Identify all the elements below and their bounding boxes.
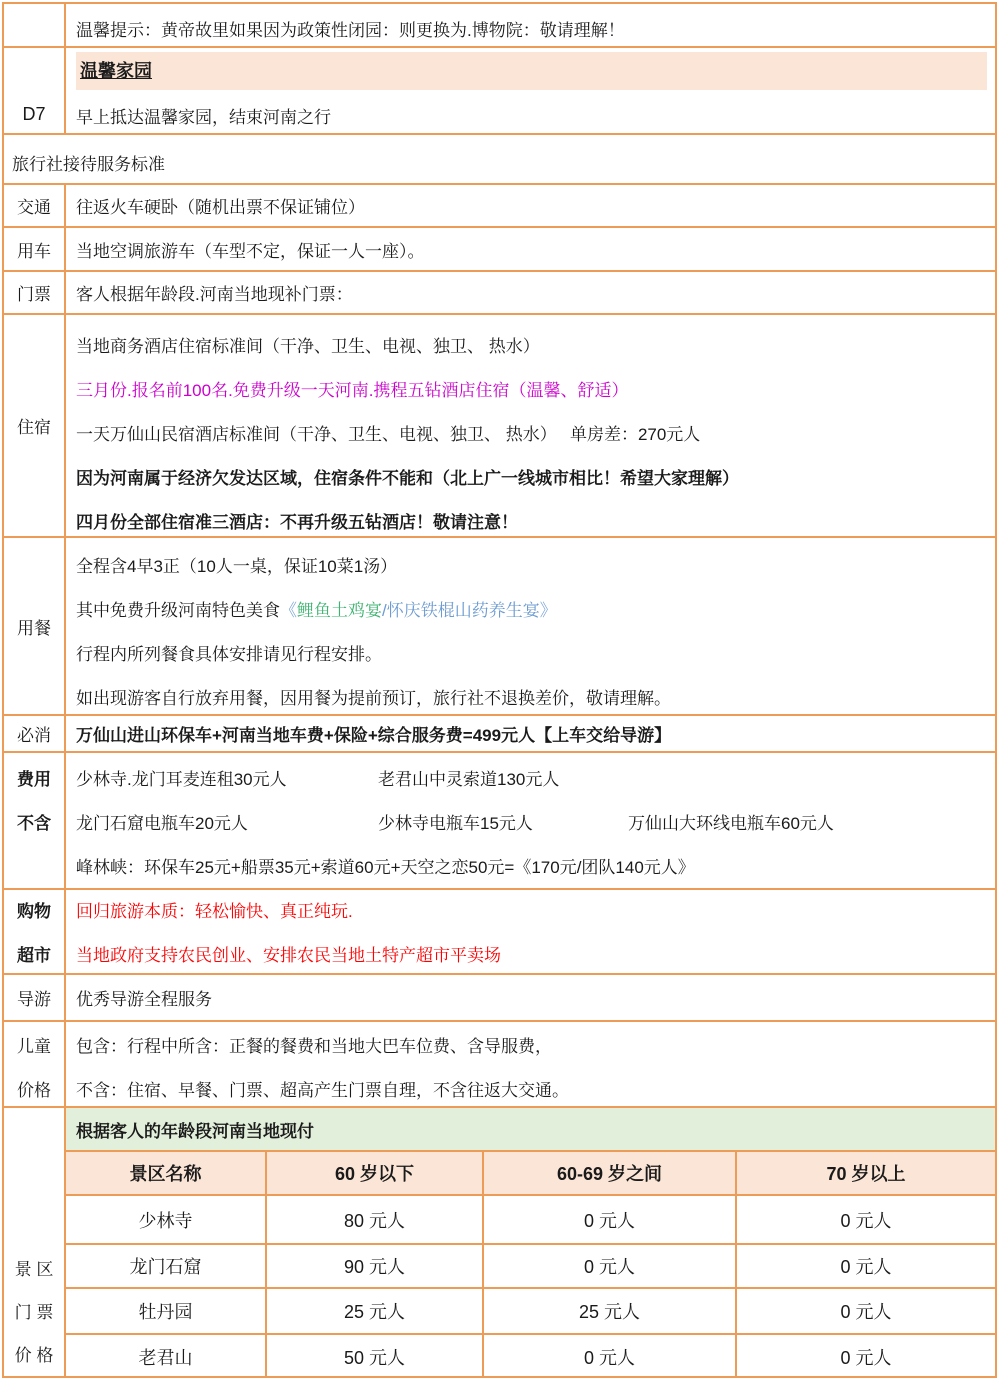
row-notice: 温馨提示：黄帝故里如果因为政策性闭园：则更换为.博物院：敬请理解！ [4,4,995,48]
day7-description: 早上抵达温馨家园，结束河南之行 [76,100,987,135]
header-60-69: 60-69 岁之间 [482,1152,735,1194]
row-tickets: 门票 客人根据年龄段.河南当地现补门票： [4,272,995,315]
meals-bracket-close: 》 [540,601,557,620]
day7-highlight-title: 温馨家园 [80,61,152,81]
label-day7: D7 [4,48,66,133]
cell-60to69: 0 元人 [482,1196,735,1243]
fees-line2a: 龙门石窟电瓶车20元人 [76,802,378,846]
label-scenic-line1: 景 区 [15,1248,54,1291]
fees-line2: 龙门石窟电瓶车20元人少林寺电瓶车15元人万仙山大环线电瓶车60元人 [76,802,987,846]
label-notice-empty [4,4,66,46]
cell-under60: 80 元人 [265,1196,482,1243]
table-row-shaolin: 少林寺 80 元人 0 元人 0 元人 [66,1196,995,1245]
label-fees-excluded: 费用 不含 [4,753,66,888]
meals-line3: 行程内所列餐食具体安排请见行程安排。 [76,633,987,677]
label-vehicle: 用车 [4,228,66,270]
notice-text: 温馨提示：黄帝故里如果因为政策性闭园：则更换为.博物院：敬请理解！ [76,16,987,41]
lodging-line3: 一天万仙山民宿酒店标准间（干净、卫生、电视、独卫、 热水） 单房差：270元人 [76,413,987,457]
row-mandatory: 必消 万仙山进山环保车+河南当地车费+保险+综合服务费=499元人【上车交给导游… [4,716,995,753]
table-row-laojun-mountain: 老君山 50 元人 0 元人 0 元人 [66,1335,995,1378]
row-vehicle: 用车 当地空调旅游车（车型不定，保证一人一座）。 [4,228,995,272]
row-lodging: 住宿 当地商务酒店住宿标准间（干净、卫生、电视、独卫、 热水） 三月份.报名前1… [4,315,995,538]
fees-line1: 少林寺.龙门耳麦连租30元人老君山中灵索道130元人 [76,758,987,802]
guide-text: 优秀导游全程服务 [76,985,987,1010]
label-scenic-tickets: 景 区 门 票 价 格 [4,1108,66,1378]
row-transport: 交通 往返火车硬卧（随机出票不保证铺位） [4,185,995,228]
lodging-line4-note: 因为河南属于经济欠发达区域，住宿条件不能和（北上广一线城市相比！希望大家理解） [76,457,987,501]
cell-name: 牡丹园 [66,1289,265,1333]
label-shopping-line2: 超市 [17,934,51,975]
scenic-pay-onsite-band: 根据客人的年龄段河南当地现付 [66,1108,995,1152]
cell-over70: 0 元人 [735,1335,995,1378]
tickets-text: 客人根据年龄段.河南当地现补门票： [76,280,987,305]
fees-line2c: 万仙山大环线电瓶车60元人 [628,802,834,846]
label-mandatory: 必消 [4,716,66,751]
label-lodging: 住宿 [4,315,66,536]
label-child-line2: 价格 [17,1069,51,1108]
meals-line1: 全程含4早3正（10人一桌，保证10菜1汤） [76,545,987,589]
fees-line2b: 少林寺电瓶车15元人 [378,802,628,846]
price-table-header: 景区名称 60 岁以下 60-69 岁之间 70 岁以上 [66,1152,995,1196]
vehicle-text: 当地空调旅游车（车型不定，保证一人一座）。 [76,237,987,262]
fees-line1b: 老君山中灵索道130元人 [378,758,559,802]
transport-text: 往返火车硬卧（随机出票不保证铺位） [76,193,987,218]
row-guide: 导游 优秀导游全程服务 [4,975,995,1022]
mandatory-text: 万仙山进山环保车+河南当地车费+保险+综合服务费=499元人【上车交给导游】 [76,721,987,746]
header-under-60: 60 岁以下 [265,1152,482,1194]
row-meals: 用餐 全程含4早3正（10人一桌，保证10菜1汤） 其中免费升级河南特色美食《鲤… [4,538,995,716]
cell-over70: 0 元人 [735,1245,995,1287]
day7-highlight-band: 温馨家园 [76,52,987,90]
cell-under60: 90 元人 [265,1245,482,1287]
label-fees-line2: 不含 [17,802,51,846]
cell-60to69: 0 元人 [482,1245,735,1287]
label-shopping-line1: 购物 [17,890,51,934]
child-price-line1: 包含：行程中所含：正餐的餐费和当地大巴车位费、含导服费， [76,1025,987,1069]
row-shopping: 购物 超市 回归旅游本质：轻松愉快、真正纯玩. 当地政府支持农民创业、安排农民当… [4,890,995,975]
service-standard-title: 旅行社接待服务标准 [12,150,987,175]
meals-bracket-open: 《 [280,601,297,620]
table-row-peony-garden: 牡丹园 25 元人 25 元人 0 元人 [66,1289,995,1335]
table-row-longmen: 龙门石窟 90 元人 0 元人 0 元人 [66,1245,995,1289]
lodging-line5-note: 四月份全部住宿准三酒店：不再升级五钻酒店！敬请注意！ [76,501,987,538]
label-scenic-line2: 门 票 [15,1291,54,1334]
row-fees-excluded: 费用 不含 少林寺.龙门耳麦连租30元人老君山中灵索道130元人 龙门石窟电瓶车… [4,753,995,890]
fees-line3: 峰林峡：环保车25元+船票35元+索道60元+天空之恋50元=《170元/团队1… [76,846,987,890]
label-guide: 导游 [4,975,66,1020]
fees-line1a: 少林寺.龙门耳麦连租30元人 [76,758,378,802]
lodging-line1: 当地商务酒店住宿标准间（干净、卫生、电视、独卫、 热水） [76,325,987,369]
label-scenic-line3: 价 格 [15,1334,54,1377]
row-scenic-tickets: 景 区 门 票 价 格 根据客人的年龄段河南当地现付 景区名称 60 岁以下 6… [4,1108,995,1378]
label-fees-line1: 费用 [17,758,51,802]
label-shopping: 购物 超市 [4,890,66,973]
meals-feast-blue: /怀庆铁棍山药养生宴 [382,601,540,620]
cell-name: 老君山 [66,1335,265,1378]
row-service-standard: 旅行社接待服务标准 [4,135,995,185]
cell-under60: 25 元人 [265,1289,482,1333]
label-child-line1: 儿童 [17,1025,51,1069]
meals-upgrade-prefix: 其中免费升级河南特色美食 [76,601,280,620]
child-price-line2: 不含：住宿、早餐、门票、超高产生门票自理，不含往返大交通。 [76,1069,987,1108]
itinerary-document: 温馨提示：黄帝故里如果因为政策性闭园：则更换为.博物院：敬请理解！ D7 温馨家… [2,2,997,1378]
price-table: 景区名称 60 岁以下 60-69 岁之间 70 岁以上 少林寺 80 元人 0… [66,1152,995,1378]
row-day7: D7 温馨家园 早上抵达温馨家园，结束河南之行 [4,48,995,135]
label-tickets: 门票 [4,272,66,313]
label-child-price: 儿童 价格 [4,1022,66,1106]
cell-over70: 0 元人 [735,1289,995,1333]
cell-over70: 0 元人 [735,1196,995,1243]
shopping-line1: 回归旅游本质：轻松愉快、真正纯玩. [76,890,987,934]
row-child-price: 儿童 价格 包含：行程中所含：正餐的餐费和当地大巴车位费、含导服费， 不含：住宿… [4,1022,995,1108]
cell-60to69: 25 元人 [482,1289,735,1333]
cell-under60: 50 元人 [265,1335,482,1378]
cell-60to69: 0 元人 [482,1335,735,1378]
label-transport: 交通 [4,185,66,226]
meals-line4: 如出现游客自行放弃用餐，因用餐为提前预订，旅行社不退换差价，敬请理解。 [76,677,987,716]
cell-name: 少林寺 [66,1196,265,1243]
header-scenic-name: 景区名称 [66,1152,265,1194]
lodging-line2-promo: 三月份.报名前100名.免费升级一天河南.携程五钻酒店住宿（温馨、舒适） [76,369,987,413]
cell-name: 龙门石窟 [66,1245,265,1287]
header-over-70: 70 岁以上 [735,1152,995,1194]
meals-line2: 其中免费升级河南特色美食《鲤鱼土鸡宴/怀庆铁棍山药养生宴》 [76,589,987,633]
shopping-line2: 当地政府支持农民创业、安排农民当地土特产超市平卖场 [76,934,987,975]
label-meals: 用餐 [4,538,66,714]
meals-feast-green: 鲤鱼土鸡宴 [297,601,382,620]
